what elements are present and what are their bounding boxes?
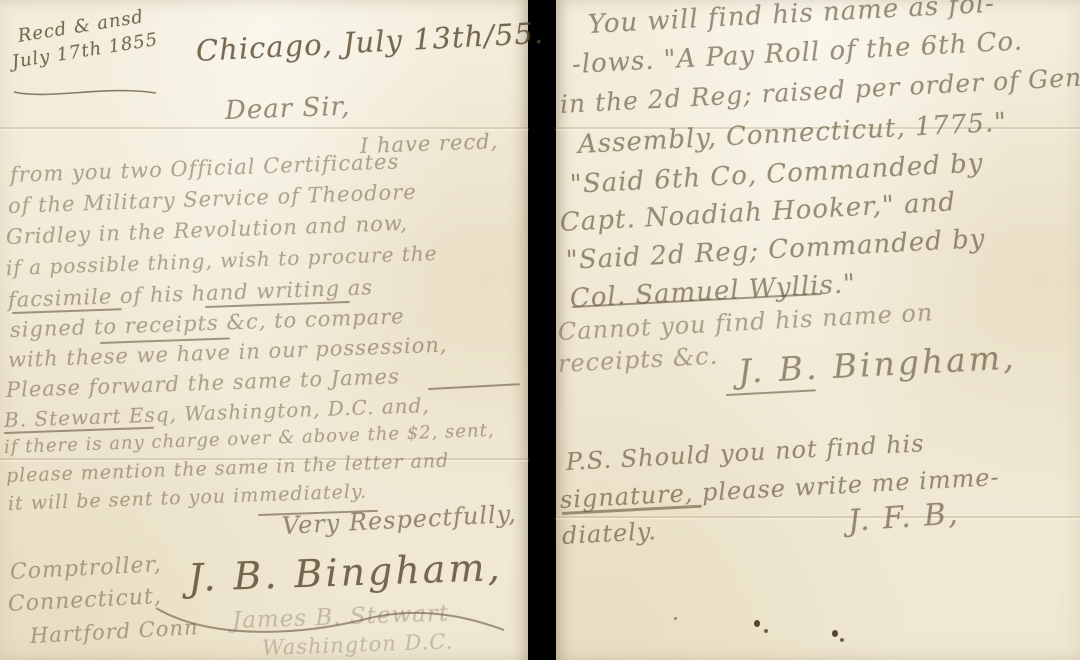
closing: Very Respectfully, <box>281 500 517 540</box>
docket-flourish <box>10 84 160 100</box>
ink-spot <box>754 620 760 627</box>
fold-crease <box>0 127 528 129</box>
letter-page-left: Recd & ansd July 17th 1855 Chicago, July… <box>0 0 528 660</box>
address-line: Comptroller, <box>9 552 162 585</box>
signature: J. B. Bingham, <box>187 545 503 600</box>
body-line: receipts &c. <box>557 342 719 378</box>
address-line: Hartford Conn <box>29 615 199 648</box>
ink-spot <box>764 629 768 633</box>
ink-spot <box>832 630 838 637</box>
body-line: if a possible thing, wish to procure the <box>6 241 438 280</box>
signature: J. B. Bingham, <box>737 337 1017 391</box>
dateline: Chicago, July 13th/55. <box>195 16 545 68</box>
letter-page-right: You will find his name as fol- -lows. "A… <box>556 0 1080 660</box>
ink-spot <box>674 617 677 620</box>
postscript-line: diately. <box>561 517 657 550</box>
postscript-initials: J. F. B, <box>847 496 961 539</box>
ink-spot <box>840 638 844 642</box>
ink-underline <box>428 383 520 390</box>
address-line: Connecticut, <box>7 584 162 617</box>
salutation: Dear Sir, <box>224 92 350 126</box>
letter-scan: Recd & ansd July 17th 1855 Chicago, July… <box>0 0 1080 660</box>
